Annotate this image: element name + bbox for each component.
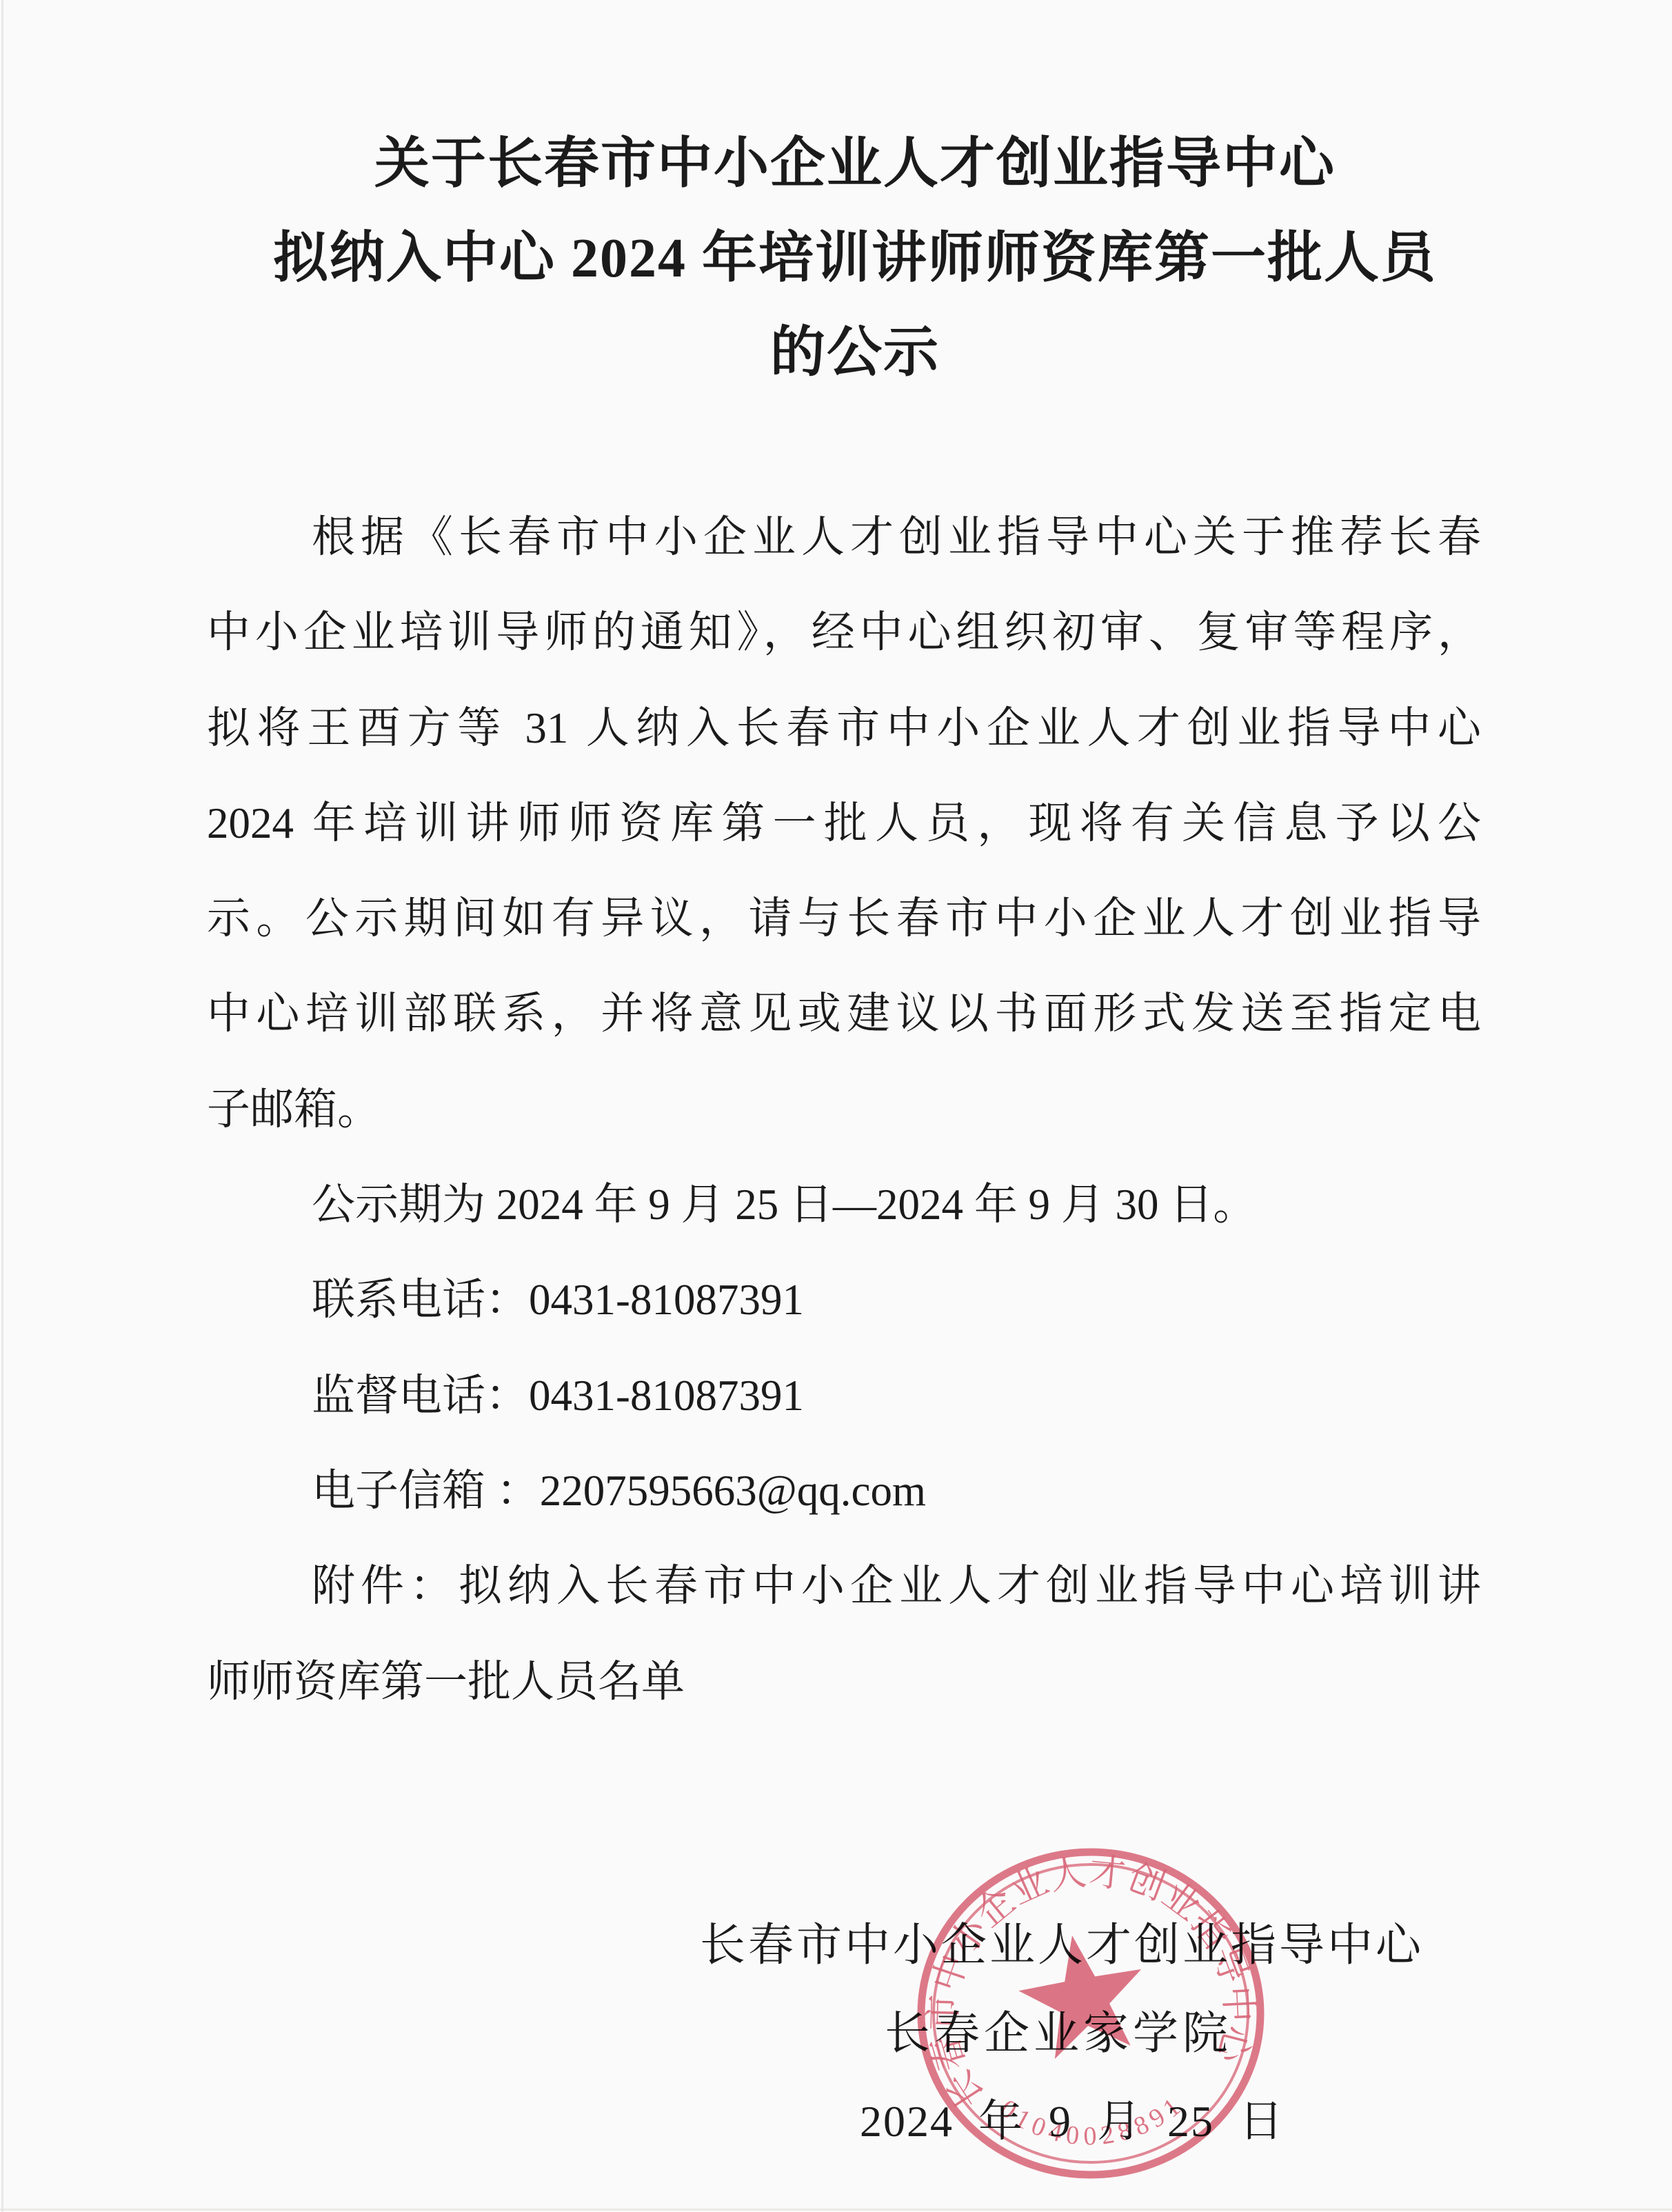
body-line: 2024 年培训讲师师资库第一批人员，现将有关信息予以公 <box>207 776 1481 871</box>
title-line-2: 拟纳入中心 2024 年培训讲师师资库第一批人员 <box>41 212 1669 306</box>
scan-edge-shadow <box>0 2209 1672 2211</box>
seal-code-text-path: 01040028891 <box>991 2064 1194 2168</box>
supervision-phone-line: 监督电话：0431-81087391 <box>207 1348 1481 1443</box>
body-line: 子邮箱。 <box>207 1062 1481 1157</box>
body-line: 根据《长春市中小企业人才创业指导中心关于推荐长春 <box>207 490 1481 585</box>
publicity-period-line: 公示期为 2024 年 9 月 25 日—2024 年 9 月 30 日。 <box>207 1157 1481 1252</box>
seal-star-icon <box>1011 1924 1154 2063</box>
body-line: 示。公示期间如有异议，请与长春市中小企业人才创业指导 <box>207 871 1481 966</box>
contact-phone-line: 联系电话：0431-81087391 <box>207 1252 1481 1347</box>
document-page: 关于长春市中小企业人才创业指导中心 拟纳入中心 2024 年培训讲师师资库第一批… <box>0 0 1672 2212</box>
attachment-line-2: 师师资库第一批人员名单 <box>207 1634 1481 1729</box>
attachment-line: 附件：拟纳入长春市中小企业人才创业指导中心培训讲 <box>207 1538 1481 1633</box>
email-line: 电子信箱 ：2207595663@qq.com <box>207 1443 1481 1538</box>
seal-code-digits: 01040028891 <box>991 2064 1194 2168</box>
scan-edge-line <box>1 0 3 2212</box>
title-line-3: 的公示 <box>41 306 1669 401</box>
official-seal: 长春市中小企业人才创业指导中心 01040028891 <box>917 1848 1265 2179</box>
body-line: 拟将王酉方等 31 人纳入长春市中小企业人才创业指导中心 <box>207 681 1481 776</box>
document-body: 根据《长春市中小企业人才创业指导中心关于推荐长春 中小企业培训导师的通知》，经中… <box>207 490 1481 1729</box>
title-line-1: 关于长春市中小企业人才创业指导中心 <box>41 117 1669 212</box>
body-line: 中心培训部联系，并将意见或建议以书面形式发送至指定电 <box>207 966 1481 1061</box>
document-title: 关于长春市中小企业人才创业指导中心 拟纳入中心 2024 年培训讲师师资库第一批… <box>41 117 1669 401</box>
body-line: 中小企业培训导师的通知》，经中心组织初审、复审等程序， <box>207 585 1481 680</box>
